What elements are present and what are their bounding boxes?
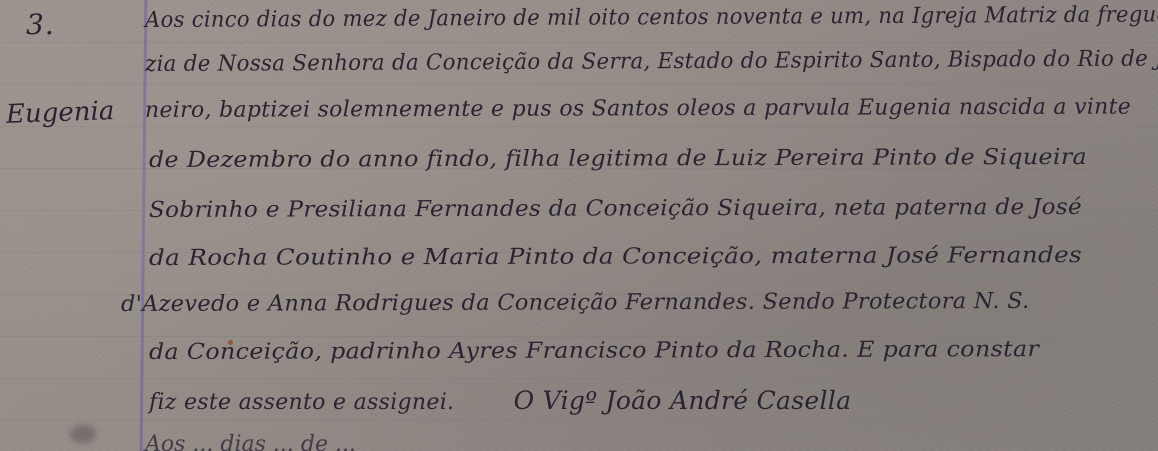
baptized-name: Eugenia	[6, 96, 115, 130]
record-line: Aos cinco dias do mez de Janeiro de mil …	[145, 2, 1158, 33]
left-margin: 3. Eugenia	[0, 0, 140, 451]
record-line: Sobrinho e Presiliana Fernandes da Conce…	[149, 195, 1082, 223]
priest-signature: O Vigº João André Casella	[514, 386, 852, 415]
record-line: neiro, baptizei solemnemente e pus os Sa…	[145, 95, 1131, 123]
closing-text: fiz este assento e assignei.	[149, 390, 454, 415]
register-page: 3. Eugenia Aos cinco dias do mez de Jane…	[0, 0, 1158, 451]
record-line: da Rocha Coutinho e Maria Pinto da Conce…	[149, 243, 1082, 271]
record-line: zia de Nossa Senhora da Conceição da Ser…	[145, 46, 1158, 77]
record-body: Aos cinco dias do mez de Janeiro de mil …	[145, 0, 1158, 451]
record-closing-line: fiz este assento e assignei. O Vigº João…	[149, 386, 851, 415]
next-entry-cutoff: Aos ... dias ... de ...	[145, 432, 356, 451]
entry-number: 3.	[26, 8, 55, 41]
record-line: de Dezembro do anno findo, filha legitim…	[149, 145, 1087, 173]
record-line: da Conceição, padrinho Ayres Francisco P…	[149, 337, 1039, 365]
record-line: d'Azevedo e Anna Rodrigues da Conceição …	[121, 289, 1030, 317]
